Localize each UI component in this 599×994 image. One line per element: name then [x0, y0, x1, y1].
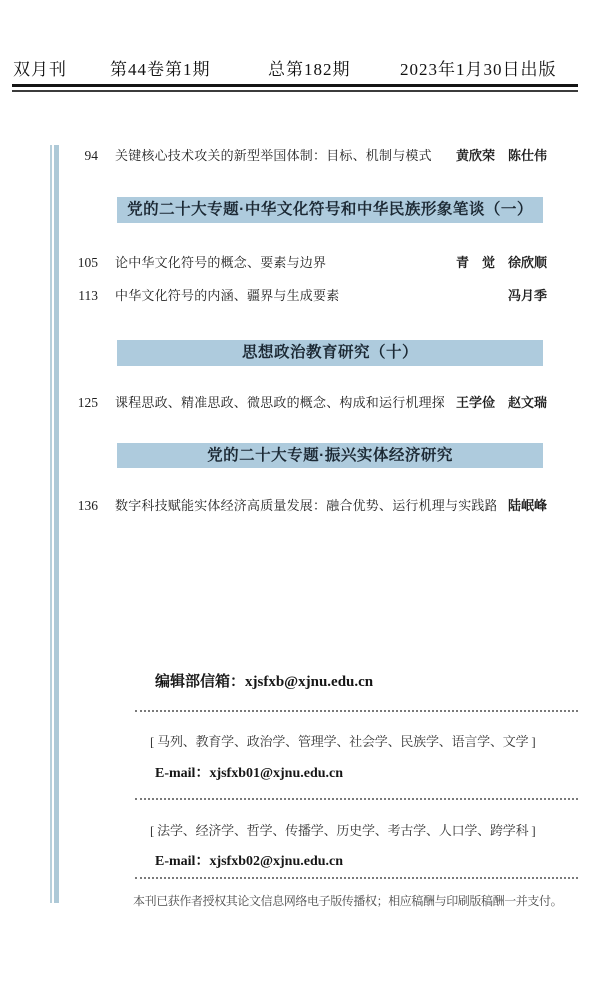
group1-email: E-mail：xjsfxb01@xjnu.edu.cn	[155, 762, 343, 782]
section-band-label: 党的二十大专题·中华文化符号和中华民族形象笔谈（一）	[127, 201, 533, 218]
toc-authors: 王学俭 赵文瑞	[444, 394, 547, 412]
toc-entry: 136 数字科技赋能实体经济高质量发展：融合优势、运行机理与实践路径 陆岷峰	[70, 497, 547, 515]
toc-article-title: 关键核心技术攻关的新型举国体制：目标、机制与模式	[115, 147, 444, 165]
toc-entry: 105 论中华文化符号的概念、要素与边界 青 觉 徐欣顺	[70, 254, 547, 272]
toc-entry: 125 课程思政、精准思政、微思政的概念、构成和运行机理探析 王学俭 赵文瑞	[70, 394, 547, 412]
left-accent-bar-thin	[50, 145, 52, 903]
cumulative-issue: 总第182期	[268, 55, 351, 80]
dotted-divider	[135, 710, 578, 712]
section-band: 党的二十大专题·中华文化符号和中华民族形象笔谈（一）	[117, 197, 543, 223]
toc-article-title: 数字科技赋能实体经济高质量发展：融合优势、运行机理与实践路径	[115, 497, 496, 515]
toc-article-title: 课程思政、精准思政、微思政的概念、构成和运行机理探析	[115, 394, 444, 412]
toc-entry: 113 中华文化符号的内涵、疆界与生成要素 冯月季	[70, 287, 547, 305]
toc-entry: 94 关键核心技术攻关的新型举国体制：目标、机制与模式 黄欣荣 陈仕伟	[70, 147, 547, 165]
toc-authors: 黄欣荣 陈仕伟	[444, 147, 547, 165]
group2-email: E-mail：xjsfxb02@xjnu.edu.cn	[155, 850, 343, 870]
journal-toc-page: 双月刊 第44卷第1期 总第182期 2023年1月30日出版 94 关键核心技…	[0, 0, 599, 994]
toc-page-number: 94	[70, 147, 98, 165]
masthead: 双月刊 第44卷第1期 总第182期 2023年1月30日出版	[0, 55, 599, 79]
section-band: 思想政治教育研究（十）	[117, 340, 543, 366]
toc-authors: 青 觉 徐欣顺	[444, 254, 547, 272]
toc-page-number: 136	[70, 497, 98, 515]
group2-disciplines: [ 法学、经济学、哲学、传播学、历史学、考古学、人口学、跨学科 ]	[150, 820, 536, 839]
publish-date: 2023年1月30日出版	[400, 55, 557, 80]
toc-authors: 冯月季	[496, 287, 547, 305]
masthead-double-rule	[12, 84, 578, 92]
volume-issue: 第44卷第1期	[110, 55, 211, 80]
editorial-email-line: 编辑部信箱：xjsfxb@xjnu.edu.cn	[155, 670, 373, 691]
toc-page-number: 113	[70, 287, 98, 305]
copyright-notice: 本刊已获作者授权其论文信息网络电子版传播权；相应稿酬与印刷版稿酬一并支付。	[133, 892, 583, 909]
dotted-divider	[135, 877, 578, 879]
section-band: 党的二十大专题·振兴实体经济研究	[117, 443, 543, 468]
toc-authors: 陆岷峰	[496, 497, 547, 515]
dotted-divider	[135, 798, 578, 800]
section-band-label: 党的二十大专题·振兴实体经济研究	[207, 447, 453, 464]
group1-disciplines: [ 马列、教育学、政治学、管理学、社会学、民族学、语言学、文学 ]	[150, 731, 536, 750]
section-band-label: 思想政治教育研究（十）	[242, 344, 418, 361]
toc-article-title: 中华文化符号的内涵、疆界与生成要素	[115, 287, 496, 305]
toc-article-title: 论中华文化符号的概念、要素与边界	[115, 254, 444, 272]
left-accent-bar-thick	[54, 145, 59, 903]
toc-page-number: 105	[70, 254, 98, 272]
publication-frequency: 双月刊	[13, 55, 67, 80]
toc-page-number: 125	[70, 394, 98, 412]
